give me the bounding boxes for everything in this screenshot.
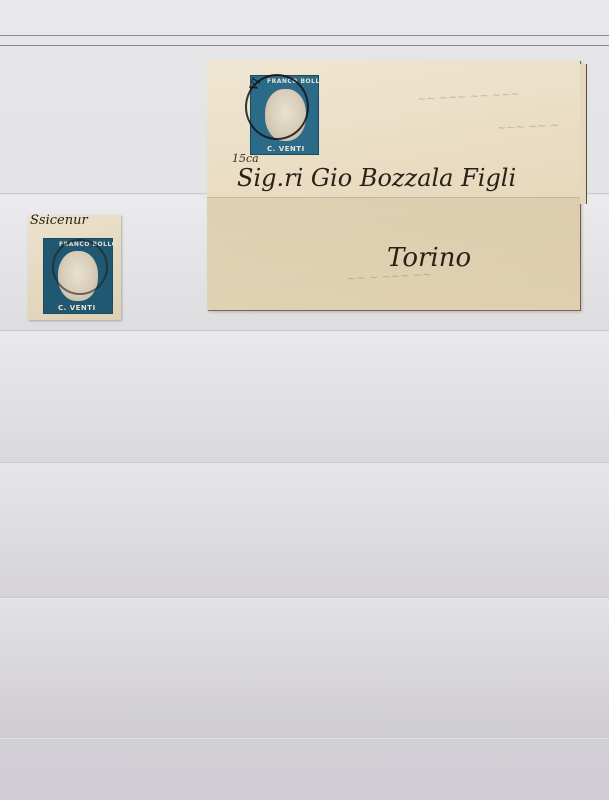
folded-letter-cover[interactable]: ~~ ~~~ ~~ ~~~ ~~~ ~~ ~ ~~ ~ ~~~ ~~ FRANC… xyxy=(207,60,580,310)
recipient-city: Torino xyxy=(387,243,471,273)
fragment-handwriting: Ssicenur xyxy=(30,213,88,228)
header-rule-bottom xyxy=(0,45,609,46)
strip-divider xyxy=(0,737,609,739)
album-page: ~~ ~~~ ~~ ~~~ ~~~ ~~ ~ ~~ ~ ~~~ ~~ FRANC… xyxy=(0,0,609,800)
letter-flap-edge xyxy=(580,64,587,204)
stamp-value-text: C. VENTI xyxy=(267,145,305,153)
stamp-on-piece[interactable]: Ssicenur FRANCO BOLLO C. VENTI xyxy=(28,215,121,320)
recipient-line-1: Sig.ri Gio Bozzala Figli xyxy=(237,164,516,192)
postmark-circle xyxy=(52,239,108,295)
album-strip xyxy=(0,599,609,737)
header-rule-top xyxy=(0,35,609,36)
stamp-value-text: C. VENTI xyxy=(58,304,96,312)
album-header-band xyxy=(0,0,609,36)
album-strip xyxy=(0,332,609,462)
album-strip xyxy=(0,464,609,597)
